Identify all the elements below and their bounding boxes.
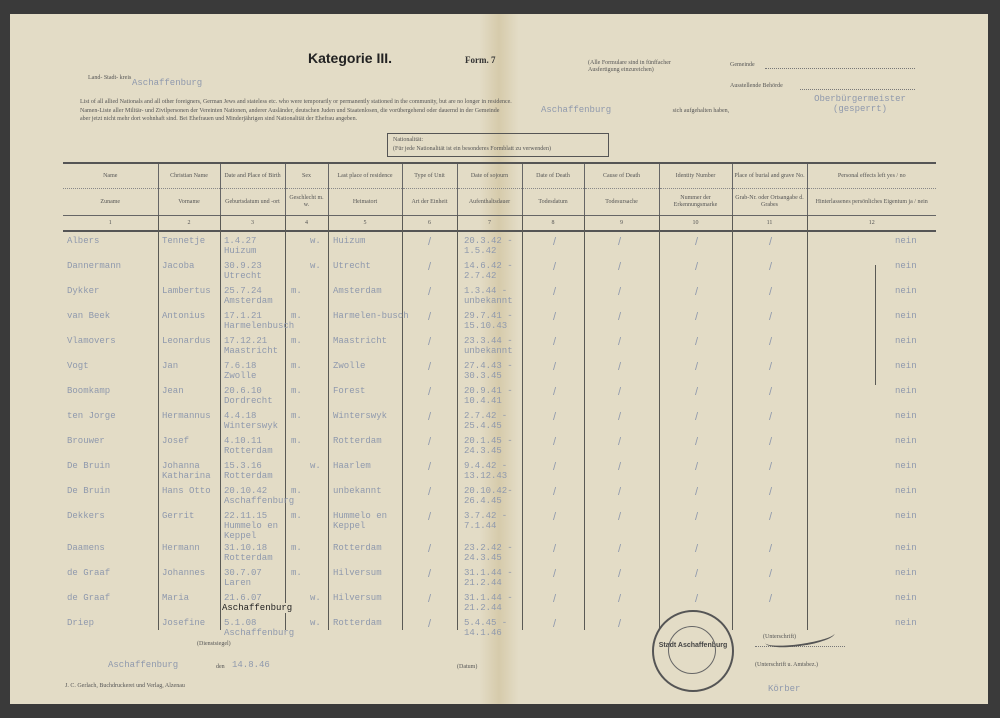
table-row: DekkersGerrit22.11.15Hummelo en Keppelm.… [63, 511, 936, 537]
cell-first: Jan [162, 361, 178, 371]
cell-birth-date: 15.3.16 [224, 461, 262, 471]
cell-birth-date: 20.6.10 [224, 386, 262, 396]
cell-sex: w. [310, 461, 321, 471]
cell-id: / [695, 543, 698, 555]
col-de-3: Geburtsdatum und -ort [220, 189, 285, 216]
cell-unit: / [428, 386, 431, 398]
cell-id: / [695, 311, 698, 323]
intro-de-1: Namen-Liste aller Militär- und Zivilpers… [80, 108, 499, 114]
cell-residence: Rotterdam [333, 618, 382, 628]
cell-cause: / [618, 568, 621, 580]
signature-stroke [764, 625, 836, 651]
table-row: van BeekAntonius17.1.21Harmelenbuschm.Ha… [63, 311, 936, 337]
cell-id: / [695, 436, 698, 448]
cell-unit: / [428, 311, 431, 323]
col-en-11: Place of burial and grave No. [732, 163, 807, 189]
cell-id: / [695, 261, 698, 273]
stamp-text: Stadt Aschaffenburg [654, 642, 732, 649]
cell-cause: / [618, 286, 621, 298]
table-row: BrouwerJosef4.10.11Rotterdamm.Rotterdam/… [63, 436, 936, 462]
cell-birth-date: 20.10.42 [224, 486, 267, 496]
cell-sojourn-from: 20.10.42- [464, 486, 513, 496]
nationality-label: Nationalität: [393, 136, 603, 145]
cell-grave: / [769, 386, 772, 398]
cell-sex: m. [291, 311, 302, 321]
cell-birth-place: Maastricht [224, 346, 278, 356]
cell-unit: / [428, 511, 431, 523]
cell-birth-date: 1.4.27 [224, 236, 256, 246]
cell-birth-date: 25.7.24 [224, 286, 262, 296]
cell-residence: Haarlem [333, 461, 371, 471]
cell-death: / [553, 461, 556, 473]
cell-sojourn-from: 20.3.42 - [464, 236, 513, 246]
cell-birth-place: Winterswyk [224, 421, 278, 431]
cell-unit: / [428, 568, 431, 580]
cell-birth-place: Aschaffenburg [224, 628, 294, 638]
cell-sojourn-to: unbekannt [464, 346, 513, 356]
land-stadt-label: Land- Stadt- kreis [88, 75, 131, 82]
cell-cause: / [618, 436, 621, 448]
cell-effects: nein [895, 436, 917, 446]
cell-id: / [695, 568, 698, 580]
cell-birth-place: Rotterdam [224, 471, 273, 481]
cell-effects: nein [895, 286, 917, 296]
table-row: BoomkampJean20.6.10Dordrechtm.Forest/20.… [63, 386, 936, 412]
gemeinde-field [765, 68, 915, 69]
table-row: VogtJan7.6.18Zwollem.Zwolle/27.4.43 -30.… [63, 361, 936, 387]
cell-sex: w. [310, 593, 321, 603]
cell-birth-date: 21.6.07 [224, 593, 262, 603]
cell-death: / [553, 411, 556, 423]
cell-grave: / [769, 543, 772, 555]
cell-birth-place: Dordrecht [224, 396, 273, 406]
cell-death: / [553, 511, 556, 523]
cell-sojourn-from: 29.7.41 - [464, 311, 513, 321]
cell-sojourn-to: 21.2.44 [464, 578, 502, 588]
cell-grave: / [769, 486, 772, 498]
cell-unit: / [428, 593, 431, 605]
cell-birth-date: 4.10.11 [224, 436, 262, 446]
col-en-9: Cause of Death [584, 163, 659, 189]
col-en-12: Personal effects left yes / no [807, 163, 936, 189]
col-de-5: Heimatort [328, 189, 402, 216]
cell-effects: nein [895, 568, 917, 578]
cell-unit: / [428, 236, 431, 248]
cell-unit: / [428, 336, 431, 348]
col-en-10: Identity Number [659, 163, 732, 189]
cell-first: Johanna Katharina [162, 461, 222, 481]
cell-sojourn-to: 13.12.43 [464, 471, 507, 481]
cell-first: Tennetje [162, 236, 205, 246]
col-num-9: 9 [584, 216, 659, 232]
cell-effects: nein [895, 461, 917, 471]
cell-name: Brouwer [67, 436, 105, 446]
cell-birth-date: 17.1.21 [224, 311, 262, 321]
cell-birth-date: 7.6.18 [224, 361, 256, 371]
nationality-note: (Für jede Nationalität ist ein besondere… [393, 145, 603, 154]
col-de-10: Nummer der Erkennungsmarke [659, 189, 732, 216]
cell-residence: Hilversum [333, 593, 382, 603]
cell-grave: / [769, 568, 772, 580]
cell-birth-place: Aschaffenburg [224, 496, 294, 506]
gemeinde-label: Gemeinde [730, 62, 755, 69]
cell-sex: m. [291, 568, 302, 578]
col-en-1: Name [63, 163, 158, 189]
cell-birth-date: 31.10.18 [224, 543, 267, 553]
cell-residence: Maastricht [333, 336, 387, 346]
cell-effects: nein [895, 411, 917, 421]
cell-birth-place: Zwolle [224, 371, 256, 381]
cell-id: / [695, 361, 698, 373]
cell-effects: nein [895, 361, 917, 371]
col-en-7: Date of sojourn [457, 163, 522, 189]
cell-sojourn-from: 23.3.44 - [464, 336, 513, 346]
cell-death: / [553, 286, 556, 298]
cell-unit: / [428, 486, 431, 498]
cell-name: Dannermann [67, 261, 121, 271]
col-en-2: Christian Name [158, 163, 220, 189]
cell-birth-date: 30.7.07 [224, 568, 262, 578]
cell-unit: / [428, 436, 431, 448]
cell-sojourn-from: 20.9.41 - [464, 386, 513, 396]
table-row: De BruinJohanna Katharina15.3.16Rotterda… [63, 461, 936, 487]
cell-grave: / [769, 436, 772, 448]
cell-first: Hans Otto [162, 486, 211, 496]
table-row: de GraafMaria21.6.07w.Hilversum/31.1.44 … [63, 593, 936, 619]
page-title: Kategorie III. [308, 50, 392, 66]
cell-residence: Hilversum [333, 568, 382, 578]
cell-sojourn-from: 2.7.42 - [464, 411, 507, 421]
intro-de-3: aber jetzt nicht mehr dort wohnhaft sind… [80, 115, 920, 123]
cell-unit: / [428, 361, 431, 373]
cell-cause: / [618, 311, 621, 323]
cell-sex: m. [291, 336, 302, 346]
col-de-1: Zuname [63, 189, 158, 216]
cell-id: / [695, 511, 698, 523]
cell-death: / [553, 593, 556, 605]
table-row: De BruinHans Otto20.10.42Aschaffenburgm.… [63, 486, 936, 512]
cell-sex: m. [291, 543, 302, 553]
cell-sex: m. [291, 486, 302, 496]
cell-grave: / [769, 593, 772, 605]
col-en-5: Last place of residence [328, 163, 402, 189]
cell-residence: Zwolle [333, 361, 365, 371]
cell-unit: / [428, 461, 431, 473]
cell-first: Josef [162, 436, 189, 446]
cell-unit: / [428, 618, 431, 630]
cell-death: / [553, 336, 556, 348]
intro-de-2: sich aufgehalten haben, [673, 108, 729, 114]
signature-title-label: (Unterschrift u. Amtsbez.) [755, 662, 818, 669]
cell-grave: / [769, 236, 772, 248]
cell-first: Hermannus [162, 411, 211, 421]
col-en-8: Date of Death [522, 163, 584, 189]
col-de-12: Hinterlassenes persönliches Eigentum ja … [807, 189, 936, 216]
cell-name: de Graaf [67, 593, 110, 603]
cell-unit: / [428, 543, 431, 555]
col-num-2: 2 [158, 216, 220, 232]
col-de-2: Vorname [158, 189, 220, 216]
cell-birth-place: Utrecht [224, 271, 262, 281]
signer-name: Körber [768, 684, 800, 694]
cell-birth-place: Hummelo en Keppel [224, 521, 284, 541]
cell-sojourn-from: 1.3.44 - [464, 286, 507, 296]
cell-first: Maria [162, 593, 189, 603]
col-num-3: 3 [220, 216, 285, 232]
col-num-10: 10 [659, 216, 732, 232]
printer-imprint: J. C. Gerlach, Buchdruckerei und Verlag,… [65, 683, 185, 690]
cell-death: / [553, 261, 556, 273]
cell-death: / [553, 543, 556, 555]
cell-effects: nein [895, 311, 917, 321]
cell-sojourn-to: 15.10.43 [464, 321, 507, 331]
cell-first: Jean [162, 386, 184, 396]
cell-name: Driep [67, 618, 94, 628]
cell-cause: / [618, 361, 621, 373]
cell-birth-date: 30.9.23 [224, 261, 262, 271]
intro-text: List of all allied Nationals and all oth… [80, 98, 920, 123]
cell-birth-place: Harmelenbusch [224, 321, 294, 331]
cell-first: Lambertus [162, 286, 211, 296]
footer-date: 14.8.46 [232, 660, 270, 670]
form-number: Form. 7 [465, 55, 496, 65]
cell-birth-place: Rotterdam [224, 553, 273, 563]
col-de-11: Grab-Nr. oder Ortsangabe d. Grabes [732, 189, 807, 216]
cell-birth-place: Huizum [224, 246, 256, 256]
cell-death: / [553, 361, 556, 373]
cell-death: / [553, 486, 556, 498]
cell-name: Dykker [67, 286, 99, 296]
cell-grave: / [769, 261, 772, 273]
cell-sojourn-to: 1.5.42 [464, 246, 496, 256]
cell-cause: / [618, 461, 621, 473]
cell-sojourn-to: 26.4.45 [464, 496, 502, 506]
cell-effects: nein [895, 236, 917, 246]
cell-residence: unbekannt [333, 486, 382, 496]
col-num-8: 8 [522, 216, 584, 232]
cell-name: ten Jorge [67, 411, 116, 421]
cell-sojourn-from: 31.1.44 - [464, 568, 513, 578]
cell-cause: / [618, 236, 621, 248]
cell-id: / [695, 486, 698, 498]
cell-sojourn-to: 7.1.44 [464, 521, 496, 531]
col-de-8: Todesdatum [522, 189, 584, 216]
col-num-12: 12 [807, 216, 936, 232]
cell-cause: / [618, 593, 621, 605]
cell-sex: m. [291, 361, 302, 371]
cell-effects: nein [895, 511, 917, 521]
col-num-11: 11 [732, 216, 807, 232]
cell-name: Boomkamp [67, 386, 110, 396]
table-row: DaamensHermann31.10.18Rotterdamm.Rotterd… [63, 543, 936, 569]
cell-death: / [553, 236, 556, 248]
cell-grave: / [769, 311, 772, 323]
col-num-6: 6 [402, 216, 457, 232]
intro-en: List of all allied Nationals and all oth… [80, 98, 920, 106]
cell-first: Hermann [162, 543, 200, 553]
cell-sojourn-to: 25.4.45 [464, 421, 502, 431]
cell-birth-place: Rotterdam [224, 446, 273, 456]
cell-sex: m. [291, 286, 302, 296]
intro-de-value: Aschaffenburg [541, 105, 611, 115]
cell-sojourn-to: 21.2.44 [464, 603, 502, 613]
cell-id: / [695, 236, 698, 248]
cell-name: van Beek [67, 311, 110, 321]
cell-effects: nein [895, 261, 917, 271]
table-row: ten JorgeHermannus4.4.18Winterswykm.Wint… [63, 411, 936, 437]
cell-sex: m. [291, 411, 302, 421]
cell-grave: / [769, 336, 772, 348]
cell-id: / [695, 593, 698, 605]
cell-death: / [553, 436, 556, 448]
col-de-6: Art der Einheit [402, 189, 457, 216]
cell-effects: nein [895, 486, 917, 496]
cell-cause: / [618, 386, 621, 398]
dienstsiegel-label: (Dienstsiegel) [197, 641, 231, 648]
cell-cause: / [618, 618, 621, 630]
overstrike-correction: Aschaffenburg [222, 603, 286, 613]
cell-sojourn-from: 27.4.43 - [464, 361, 513, 371]
cell-sojourn-to: 14.1.46 [464, 628, 502, 638]
cell-id: / [695, 461, 698, 473]
cell-grave: / [769, 511, 772, 523]
cell-residence: Rotterdam [333, 436, 382, 446]
cell-effects: nein [895, 386, 917, 396]
cell-first: Antonius [162, 311, 205, 321]
cell-death: / [553, 618, 556, 630]
cell-unit: / [428, 286, 431, 298]
cell-sojourn-from: 31.1.44 - [464, 593, 513, 603]
col-num-5: 5 [328, 216, 402, 232]
cell-death: / [553, 386, 556, 398]
cell-residence: Huizum [333, 236, 365, 246]
col-num-7: 7 [457, 216, 522, 232]
den-label: den [216, 664, 225, 671]
signature [755, 628, 845, 647]
cell-unit: / [428, 411, 431, 423]
cell-birth-date: 17.12.21 [224, 336, 267, 346]
cell-birth-date: 4.4.18 [224, 411, 256, 421]
cell-birth-date: 5.1.08 [224, 618, 256, 628]
col-de-7: Aufenthaltsdauer [457, 189, 522, 216]
cell-residence: Hummelo en Keppel [333, 511, 403, 531]
cell-sex: m. [291, 511, 302, 521]
cell-residence: Winterswyk [333, 411, 387, 421]
table-row: de GraafJohannes30.7.07Larenm.Hilversum/… [63, 568, 936, 594]
cell-death: / [553, 568, 556, 580]
cell-sojourn-to: 10.4.41 [464, 396, 502, 406]
nationality-box: Nationalität: (Für jede Nationalität ist… [387, 133, 609, 157]
cell-name: Vlamovers [67, 336, 116, 346]
cell-sojourn-to: 24.3.45 [464, 553, 502, 563]
cell-residence: Utrecht [333, 261, 371, 271]
cell-cause: / [618, 261, 621, 273]
records-table-header: Name Christian Name Date and Place of Bi… [63, 162, 936, 232]
cell-sex: m. [291, 386, 302, 396]
cell-first: Gerrit [162, 511, 194, 521]
cell-sojourn-from: 14.6.42 - [464, 261, 513, 271]
table-row: AlbersTennetje1.4.27Huizumw.Huizum/20.3.… [63, 236, 936, 262]
cell-cause: / [618, 336, 621, 348]
cell-first: Johannes [162, 568, 205, 578]
behoerde-field [800, 89, 915, 90]
cell-id: / [695, 411, 698, 423]
cell-sojourn-from: 3.7.42 - [464, 511, 507, 521]
cell-sojourn-to: 2.7.42 [464, 271, 496, 281]
col-num-1: 1 [63, 216, 158, 232]
cell-sojourn-from: 20.1.45 - [464, 436, 513, 446]
cell-sojourn-to: 24.3.45 [464, 446, 502, 456]
cell-cause: / [618, 411, 621, 423]
kreis-value: Aschaffenburg [132, 78, 202, 88]
cell-birth-date: 22.11.15 [224, 511, 267, 521]
col-de-9: Todesursache [584, 189, 659, 216]
col-en-4: Sex [285, 163, 328, 189]
cell-name: De Bruin [67, 486, 110, 496]
cell-first: Josefine [162, 618, 205, 628]
cell-id: / [695, 286, 698, 298]
cell-sex: m. [291, 436, 302, 446]
col-en-3: Date and Place of Birth [220, 163, 285, 189]
cell-effects: nein [895, 336, 917, 346]
cell-name: Dekkers [67, 511, 105, 521]
cell-id: / [695, 336, 698, 348]
table-row: DykkerLambertus25.7.24Amsterdamm.Amsterd… [63, 286, 936, 312]
cell-grave: / [769, 411, 772, 423]
table-row: DannermannJacoba30.9.23Utrechtw.Utrecht/… [63, 261, 936, 287]
cell-effects: nein [895, 543, 917, 553]
cell-effects: nein [895, 618, 917, 628]
col-num-4: 4 [285, 216, 328, 232]
col-de-4: Geschlecht m. w. [285, 189, 328, 216]
behoerde-label: Ausstellende Behörde [730, 83, 783, 90]
cell-grave: / [769, 361, 772, 373]
cell-residence: Rotterdam [333, 543, 382, 553]
datum-label: (Datum) [457, 664, 477, 671]
cell-grave: / [769, 461, 772, 473]
cell-birth-place: Laren [224, 578, 251, 588]
cell-name: de Graaf [67, 568, 110, 578]
cell-grave: / [769, 286, 772, 298]
cell-effects: nein [895, 593, 917, 603]
cell-first: Jacoba [162, 261, 194, 271]
cell-death: / [553, 311, 556, 323]
cell-sojourn-from: 23.2.42 - [464, 543, 513, 553]
cell-id: / [695, 386, 698, 398]
cell-unit: / [428, 261, 431, 273]
table-row: VlamoversLeonardus17.12.21Maastrichtm.Ma… [63, 336, 936, 362]
cell-residence: Amsterdam [333, 286, 382, 296]
form-note: (Alle Formulare sind in fünffacher Ausfe… [588, 60, 698, 74]
cell-sojourn-to: 30.3.45 [464, 371, 502, 381]
cell-sojourn-to: unbekannt [464, 296, 513, 306]
footer-place: Aschaffenburg [108, 660, 178, 670]
cell-sex: w. [310, 618, 321, 628]
cell-residence: Harmelen-busch [333, 311, 409, 321]
cell-cause: / [618, 486, 621, 498]
cell-residence: Forest [333, 386, 365, 396]
cell-sojourn-from: 9.4.42 - [464, 461, 507, 471]
cell-name: Daamens [67, 543, 105, 553]
cell-sex: w. [310, 261, 321, 271]
cell-first: Leonardus [162, 336, 211, 346]
cell-cause: / [618, 511, 621, 523]
cell-name: De Bruin [67, 461, 110, 471]
cell-name: Albers [67, 236, 99, 246]
cell-sojourn-from: 5.4.45 - [464, 618, 507, 628]
official-stamp: Stadt Aschaffenburg [652, 610, 734, 692]
cell-cause: / [618, 543, 621, 555]
